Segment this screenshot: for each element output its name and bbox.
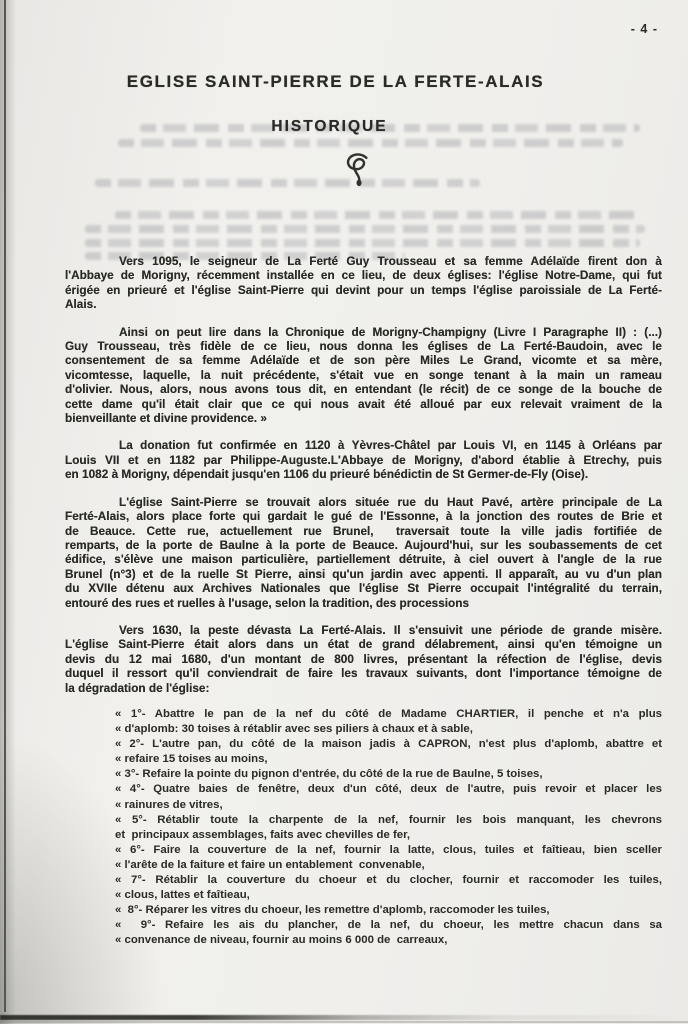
body-text: Vers 1095, le seigneur de La Ferté Guy T… [65,254,662,695]
text-line: consentement de sa femme Adélaïde et de … [65,353,662,367]
text-line: bienveillante et divine providence. » [65,411,662,425]
text-line: duquel il ressort qu'il conviendrait de … [65,666,662,680]
paragraph: Vers 1095, le seigneur de La Ferté Guy T… [65,254,662,312]
list-line: et principaux assemblages, faits avec ch… [115,828,662,843]
text-line: Vers 1630, la peste dévasta La Ferté-Ala… [65,623,662,637]
page-number: - 4 - [631,22,658,36]
text-line: d'olivier. Nous, alors, nous avons tous … [65,382,662,396]
list-item: « 6°- Faire la couverture de la nef, fou… [115,843,662,873]
scanned-page: - 4 - EGLISE SAINT-PIERRE DE LA FERTE-AL… [0,0,688,1024]
text-line: vicomtesse, laquelle, la nuit précédente… [65,368,662,382]
works-list: « 1°- Abattre le pan de la nef du côté d… [65,707,662,949]
list-line: « 6°- Faire la couverture de la nef, fou… [115,843,662,858]
text-line: Guy Trousseau, très fidèle de ce lieu, n… [65,339,662,353]
list-line: « 8°- Réparer les vitres du choeur, les … [115,903,662,918]
ornament-flourish-icon [57,152,654,192]
list-item: « 5°- Rétablir toute la charpente de la … [115,813,662,843]
list-line: « 5°- Rétablir toute la charpente de la … [115,813,662,828]
text-line: la dégradation de l'église: [65,681,662,695]
list-item: « 4°- Quatre baies de fenêtre, deux d'un… [115,782,662,812]
document-subtitle: HISTORIQUE [31,118,628,136]
list-item: « 1°- Abattre le pan de la nef du côté d… [115,707,662,737]
text-line: l'Abbaye de Morigny, récemment installée… [65,268,662,282]
text-line: Vers 1095, le seigneur de La Ferté Guy T… [65,254,662,268]
list-line: « d'aplomb: 30 toises à rétablir avec se… [115,722,662,737]
text-line: cette dame qu'il était clair que ce qui … [65,397,662,411]
list-item: « 8°- Réparer les vitres du choeur, les … [115,903,662,918]
text-line: L'église Saint-Pierre était alors dans u… [65,637,662,651]
list-line: « 2°- L'autre pan, du côté de la maison … [115,737,662,752]
scan-bottom-edge-line [0,1015,688,1020]
document-title: EGLISE SAINT-PIERRE DE LA FERTE-ALAIS [37,72,634,92]
text-line: Ferté-Alais, alors place forte qui garda… [65,509,662,523]
text-line: du XVIIe détenu aux Archives Nationales … [65,581,662,595]
paragraph: La donation fut confirmée en 1120 à Yèvr… [65,438,662,481]
list-item: « 7°- Rétablir la couverture du choeur e… [115,873,662,903]
list-line: « 3°- Refaire la pointe du pignon d'entr… [115,767,662,782]
text-line: entouré des rues et ruelles à l'usage, s… [65,596,662,610]
list-line: « l'arête de la faiture et faire un enta… [115,858,662,873]
list-line: « 4°- Quatre baies de fenêtre, deux d'un… [115,782,662,797]
paragraph: Vers 1630, la peste dévasta La Ferté-Ala… [65,623,662,695]
text-line: Brunel (n°3) et de la ruelle St Pierre, … [65,567,662,581]
list-line: « clous, lattes et faîtieau, [115,888,662,903]
list-item: « 3°- Refaire la pointe du pignon d'entr… [115,767,662,782]
list-line: « rainures de vitres, [115,798,662,813]
paragraph: Ainsi on peut lire dans la Chronique de … [65,325,662,426]
text-line: en 1082 à Morigny, dépendait jusqu'en 11… [65,467,662,481]
text-line: Alais. [65,297,662,311]
text-line: de Beauce. Cette rue, actuellement rue B… [65,524,662,538]
list-item: « 9°- Refaire les ais du plancher, de la… [115,918,662,948]
text-line: devis du 12 mai 1680, d'un montant de 80… [65,652,662,666]
page-content: EGLISE SAINT-PIERRE DE LA FERTE-ALAIS HI… [0,72,688,948]
text-line: remparts, de la porte de Baulne à la por… [65,538,662,552]
text-line: Ainsi on peut lire dans la Chronique de … [65,325,662,339]
list-item: « 2°- L'autre pan, du côté de la maison … [115,737,662,767]
list-line: « 1°- Abattre le pan de la nef du côté d… [115,707,662,722]
text-line: Louis VII et en 1182 par Philippe-August… [65,453,662,467]
list-line: « 7°- Rétablir la couverture du choeur e… [115,873,662,888]
list-line: « 9°- Refaire les ais du plancher, de la… [115,918,662,933]
scan-bottom-edge-faint [0,1021,688,1023]
list-line: « convenance de niveau, fournir au moins… [115,933,662,948]
text-line: édifice, s'élève une maison particulière… [65,552,662,566]
text-line: érigée en prieuré et l'église Saint-Pier… [65,283,662,297]
text-line: L'église Saint-Pierre se trouvait alors … [65,495,662,509]
text-line: La donation fut confirmée en 1120 à Yèvr… [65,438,662,452]
list-line: « refaire 15 toises au moins, [115,752,662,767]
paragraph: L'église Saint-Pierre se trouvait alors … [65,495,662,610]
